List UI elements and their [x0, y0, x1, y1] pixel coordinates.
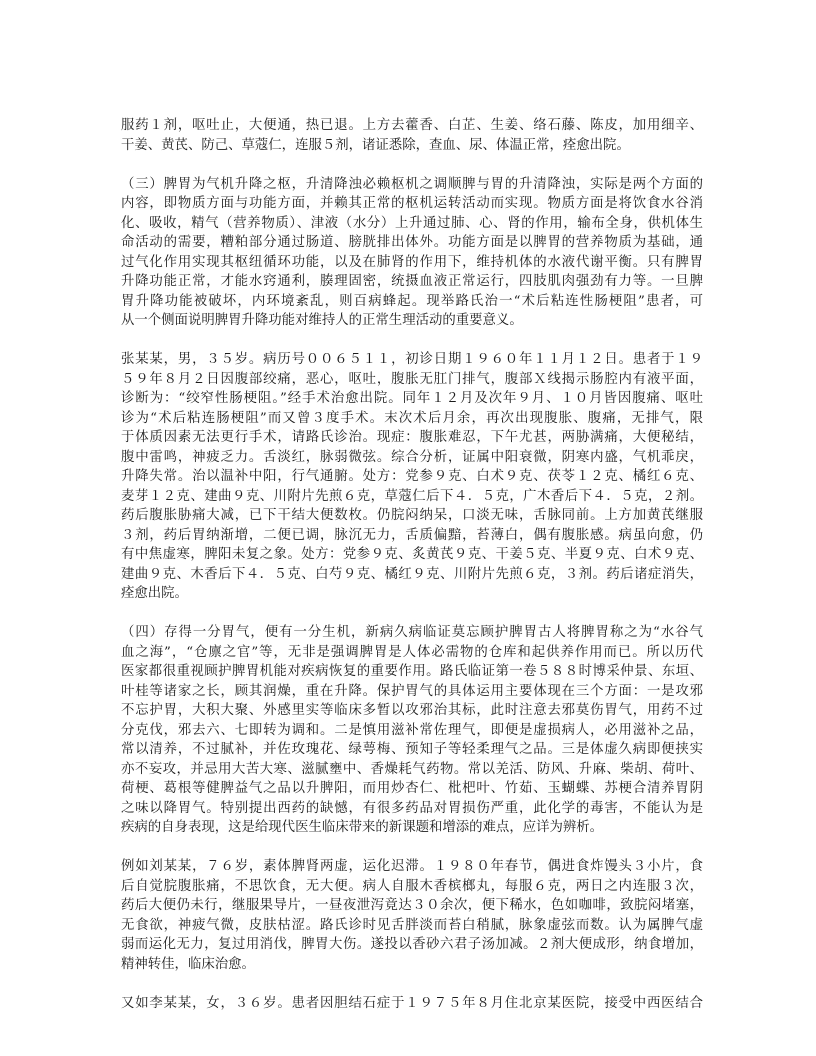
- paragraph-section-four: （四）存得一分胃气，便有一分生机，新病久病临证莫忘顾护脾胃古人将脾胃称之为“水谷…: [121, 623, 703, 838]
- text-line: 叶桂等诸家之长，顾其润燥，重在升降。保护胃气的具体运用主要体现在三个方面：一是攻…: [121, 682, 703, 702]
- document-page: 服药１剂，呕吐止，大便通，热已退。上方去藿香、白芷、生姜、络石藤、陈皮，加用细辛…: [121, 116, 703, 1033]
- text-line: 药后大便仍未行，继服果导片，一昼夜泄泻竟达３０余次，便下稀水，色如咖啡，致脘闷堵…: [121, 896, 703, 916]
- text-line: 胃升降功能被破坏，内环境紊乱，则百病蜂起。现举路氏治一“术后粘连性肠梗阻”患者，…: [121, 292, 703, 312]
- text-line: 从一个侧面说明脾胃升降功能对维持人的正常生理活动的重要意义。: [121, 311, 703, 331]
- paragraph-case-zhang: 张某某，男，３５岁。病历号００６５１１，初诊日期１９６０年１１月１２日。患者于１…: [121, 350, 703, 604]
- text-line: 荷梗、葛根等健脾益气之品以升脾阳，而用炒杏仁、枇杷叶、竹茹、玉蝴蝶、苏梗合清养胃…: [121, 779, 703, 799]
- text-line: 服药１剂，呕吐止，大便通，热已退。上方去藿香、白芷、生姜、络石藤、陈皮，加用细辛…: [121, 116, 703, 136]
- text-line: 升降失常。治以温补中阳，行气通腑。处方：党参９克、白术９克、茯苓１２克、橘红６克…: [121, 467, 703, 487]
- text-line: 例如刘某某，７６岁，素体脾肾两虚，运化迟滞。１９８０年春节，偶进食炸馒头３小片，…: [121, 857, 703, 877]
- text-line: ３剂，药后胃纳渐增，二便已调，脉沉无力，舌质偏黯，苔薄白，偶有腹胀感。病虽向愈，…: [121, 526, 703, 546]
- text-line: 血之海”，“仓廪之官”等，无非是强调脾胃是人体必需物的仓库和起供养作用而已。所以…: [121, 643, 703, 663]
- text-line: 建曲９克、木香后下４．５克、白芍９克、橘红９克、川附片先煎６克，３剂。药后诸症消…: [121, 565, 703, 585]
- text-line: 化、吸收，精气（营养物质）、津液（水分）上升通过肺、心、肾的作用，输布全身，供机…: [121, 214, 703, 234]
- text-line: 腹中雷鸣，神疲乏力。舌淡红，脉弱微弦。综合分析，证属中阳衰微，阴寒内盛，气机乖戾…: [121, 448, 703, 468]
- text-line: 精神转佳，临床治愈。: [121, 955, 703, 975]
- text-line: 弱而运化无力，复过用消伐，脾胃大伤。遂投以香砂六君子汤加减。２剂大便成形，纳食增…: [121, 935, 703, 955]
- paragraph-case-li: 又如李某某，女，３６岁。患者因胆结石症于１９７５年８月住北京某医院，接受中西医结…: [121, 994, 703, 1014]
- text-line: 内容，即物质方面与功能方面，并赖其正常的枢机运转活动而实现。物质方面是将饮食水谷…: [121, 194, 703, 214]
- text-line: 诊断为：“绞窄性肠梗阻。”经手术治愈出院。同年１２月及次年９月、１０月皆因腹痛、…: [121, 389, 703, 409]
- text-line: 之味以降胃气。特别提出西药的缺憾，有很多药品对胃损伤严重，此化学的毒害，不能认为…: [121, 799, 703, 819]
- paragraph-section-three: （三）脾胃为气机升降之枢，升清降浊必赖枢机之调顺脾与胃的升清降浊，实际是两个方面…: [121, 175, 703, 331]
- text-line: 命活动的需要，糟粕部分通过肠道、膀胱排出体外。功能方面是以脾胃的营养物质为基础，…: [121, 233, 703, 253]
- paragraph-treatment-result: 服药１剂，呕吐止，大便通，热已退。上方去藿香、白芷、生姜、络石藤、陈皮，加用细辛…: [121, 116, 703, 155]
- text-line: 疾病的自身表现，这是给现代医生临床带来的新课题和增添的难点，应详为辨析。: [121, 818, 703, 838]
- text-line: 无食欲，神疲气微，皮肤枯涩。路氏诊时见舌胖淡而苔白稍腻，脉象虚弦而数。认为属脾气…: [121, 916, 703, 936]
- text-line: 干姜、黄芪、防己、草蔻仁，连服５剂，诸证悉除，查血、尿、体温正常，痊愈出院。: [121, 136, 703, 156]
- text-line: 麦芽１２克、建曲９克、川附片先煎６克，草蔻仁后下４．５克，广木香后下４．５克，２…: [121, 487, 703, 507]
- text-line: 药后腹胀胁痛大减，已下干结大便数枚。仍脘闷纳呆，口淡无味，舌脉同前。上方加黄芪继…: [121, 506, 703, 526]
- text-line: 诊为“术后粘连肠梗阻”而又曾３度手术。末次术后月余，再次出现腹胀、腹痛，无排气，…: [121, 409, 703, 429]
- text-line: 升降功能正常，才能水窍通利，腠理固密，统摄血液正常运行，四肢肌肉强劲有力等。一旦…: [121, 272, 703, 292]
- text-line: 不忘护胃，大积大聚、外感里实等临床多暂以攻邪治其标，此时注意去邪莫伤胃气，用药不…: [121, 701, 703, 721]
- text-line: 又如李某某，女，３６岁。患者因胆结石症于１９７５年８月住北京某医院，接受中西医结…: [121, 994, 703, 1014]
- text-line: 医家都很重视顾护脾胃机能对疾病恢复的重要作用。路氏临证第一卷５８８时博采仲景、东…: [121, 662, 703, 682]
- text-line: 张某某，男，３５岁。病历号００６５１１，初诊日期１９６０年１１月１２日。患者于１…: [121, 350, 703, 370]
- text-line: 于体质因素无法更行手术，请路氏诊治。现症：腹胀难忍，下午尤甚，两胁满痛，大便秘结…: [121, 428, 703, 448]
- text-line: 痊愈出院。: [121, 584, 703, 604]
- text-line: 后自觉脘腹胀痛，不思饮食，无大便。病人自服木香槟榔丸，每服６克，两日之内连服３次…: [121, 877, 703, 897]
- text-line: （三）脾胃为气机升降之枢，升清降浊必赖枢机之调顺脾与胃的升清降浊，实际是两个方面…: [121, 175, 703, 195]
- text-line: ５９年８月２日因腹部绞痛，恶心，呕吐，腹胀无肛门排气，腹部Ｘ线揭示肠腔内有液平面…: [121, 370, 703, 390]
- text-line: 亦不妄攻，并忌用大苦大寒、滋腻壅中、香燥耗气药物。常以羌活、防风、升麻、柴胡、荷…: [121, 760, 703, 780]
- text-line: 过气化作用实现其枢纽循环功能，以及在肺肾的作用下，维持机体的水液代谢平衡。只有脾…: [121, 253, 703, 273]
- text-line: （四）存得一分胃气，便有一分生机，新病久病临证莫忘顾护脾胃古人将脾胃称之为“水谷…: [121, 623, 703, 643]
- text-line: 分克伐，邪去六、七即转为调和。二是慎用滋补常佐理气，即便是虚损病人，必用滋补之品…: [121, 721, 703, 741]
- text-line: 有中焦虚寒，脾阳未复之象。处方：党参９克、炙黄芪９克、干姜５克、半夏９克、白术９…: [121, 545, 703, 565]
- text-line: 常以清养，不过腻补，并佐玫瑰花、绿萼梅、预知子等轻柔理气之品。三是体虚久病即便挟…: [121, 740, 703, 760]
- paragraph-case-liu: 例如刘某某，７６岁，素体脾肾两虚，运化迟滞。１９８０年春节，偶进食炸馒头３小片，…: [121, 857, 703, 974]
